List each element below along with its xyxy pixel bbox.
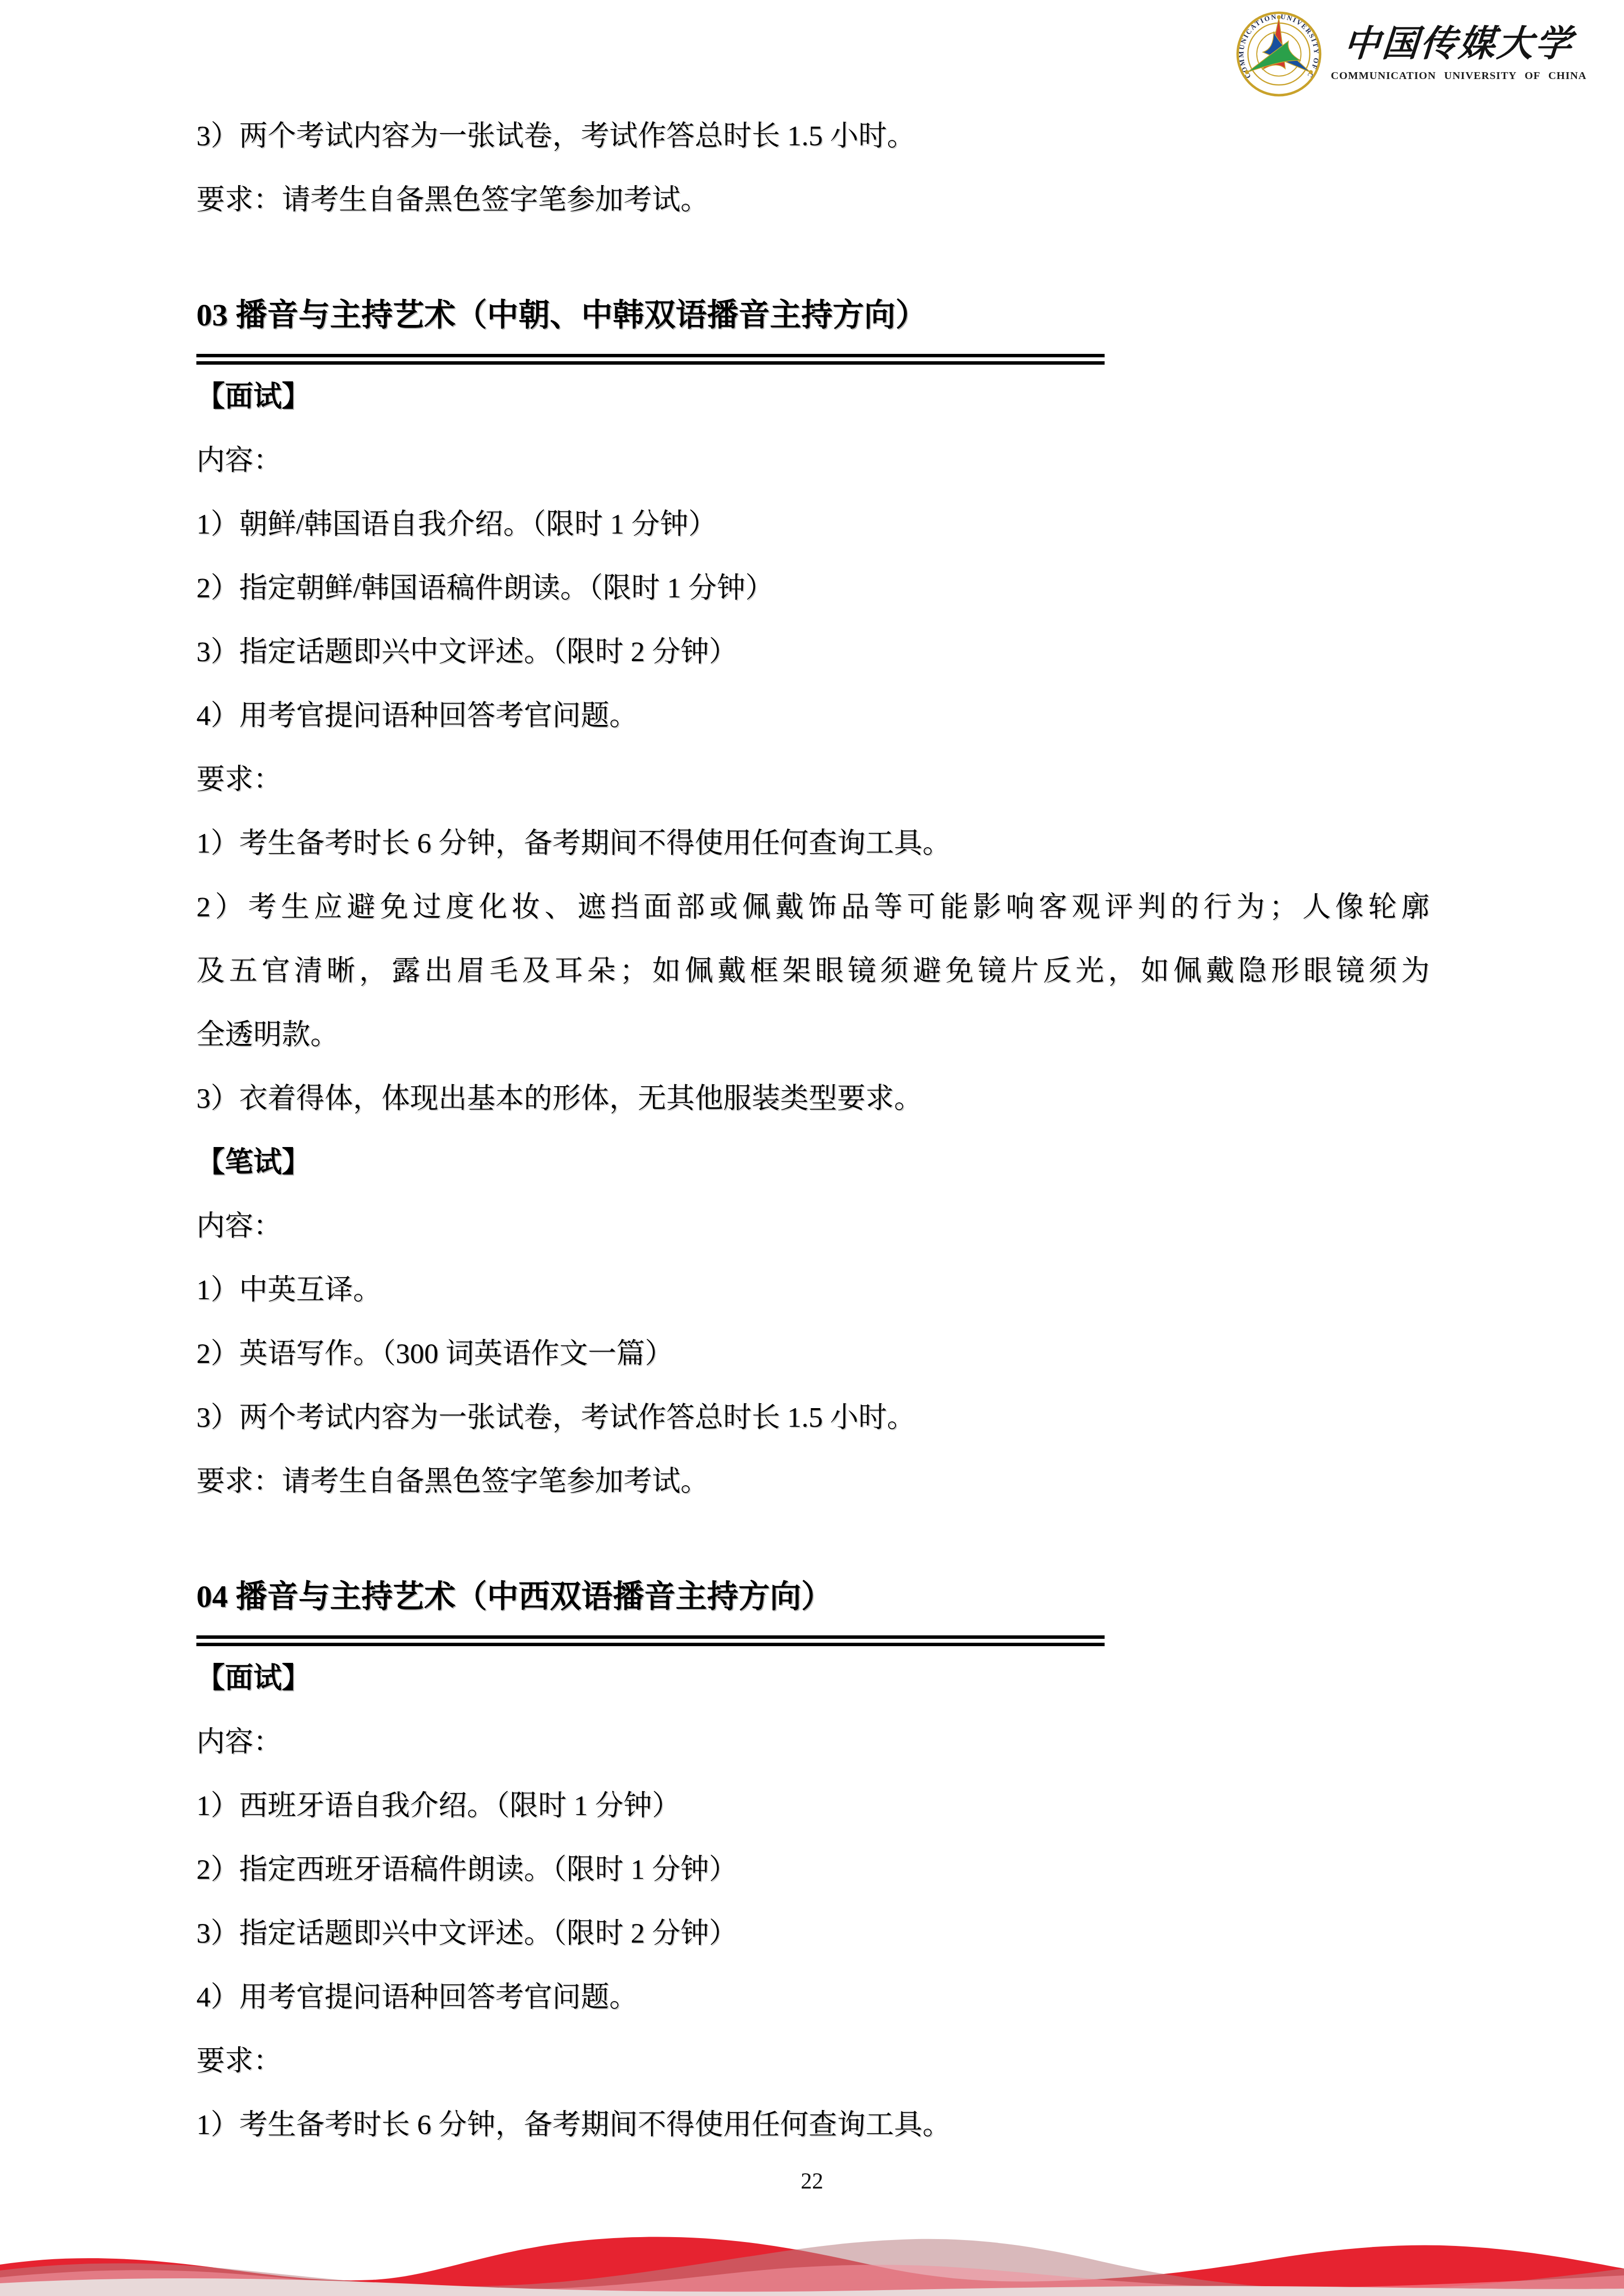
- text-line: 要求：请考生自备黑色签字笔参加考试。: [196, 168, 1430, 232]
- text-line: 【笔试】: [196, 1130, 1430, 1194]
- text-line: 2）指定朝鲜/韩国语稿件朗读。（限时 1 分钟）: [196, 556, 1430, 620]
- emblem-dot-right: [1309, 70, 1313, 74]
- text-line: 【面试】: [196, 1646, 1430, 1710]
- text-line: 要求：: [196, 2029, 1430, 2093]
- text-line: 4）用考官提问语种回答考官问题。: [196, 684, 1430, 748]
- text-line: 3）两个考试内容为一张试卷，考试作答总时长 1.5 小时。: [196, 104, 1430, 168]
- text-line: 【面试】: [196, 365, 1430, 428]
- header: COMMUNICATION UNIVERSITY OF CHINA 中国传媒大学…: [1236, 11, 1587, 97]
- section-heading: 03 播音与主持艺术（中朝、中韩双语播音主持方向）: [196, 283, 1430, 347]
- emblem-dot-left: [1245, 70, 1249, 74]
- text-line: 及五官清晰，露出眉毛及耳朵；如佩戴框架眼镜须避免镜片反光，如佩戴隐形眼镜须为: [196, 939, 1430, 1003]
- text-line: 内容：: [196, 428, 1430, 492]
- text-line: 全透明款。: [196, 1003, 1430, 1067]
- section-heading: 04 播音与主持艺术（中西双语播音主持方向）: [196, 1565, 1430, 1629]
- section-double-rule: [196, 1635, 1105, 1646]
- university-name-calligraphy: 中国传媒大学: [1343, 25, 1575, 64]
- text-line: 2）英语写作。（300 词英语作文一篇）: [196, 1322, 1430, 1386]
- text-line: 3）指定话题即兴中文评述。（限时 2 分钟）: [196, 1901, 1430, 1965]
- text-line: 2）指定西班牙语稿件朗读。（限时 1 分钟）: [196, 1838, 1430, 1901]
- text-line: 3）两个考试内容为一张试卷，考试作答总时长 1.5 小时。: [196, 1386, 1430, 1449]
- document-page: { "header": { "university_name_zh": "中国传…: [0, 0, 1624, 2296]
- text-line: 1）考生备考时长 6 分钟，备考期间不得使用任何查询工具。: [196, 2093, 1430, 2157]
- text-line: 要求：请考生自备黑色签字笔参加考试。: [196, 1449, 1430, 1513]
- text-line: 1）考生备考时长 6 分钟，备考期间不得使用任何查询工具。: [196, 811, 1430, 875]
- text-line: 4）用考官提问语种回答考官问题。: [196, 1965, 1430, 2029]
- text-line: 1）西班牙语自我介绍。（限时 1 分钟）: [196, 1774, 1430, 1838]
- university-emblem-icon: COMMUNICATION UNIVERSITY OF CHINA: [1236, 11, 1322, 97]
- text-line: 要求：: [196, 748, 1430, 811]
- text-line: 3）指定话题即兴中文评述。（限时 2 分钟）: [196, 620, 1430, 684]
- text-line: 内容：: [196, 1710, 1430, 1774]
- text-line: 2）考生应避免过度化妆、遮挡面部或佩戴饰品等可能影响客观评判的行为；人像轮廓: [196, 875, 1430, 939]
- section-double-rule: [196, 354, 1105, 365]
- logo-text: 中国传媒大学 COMMUNICATION UNIVERSITY OF CHINA: [1331, 25, 1587, 82]
- text-line: 1）中英互译。: [196, 1258, 1430, 1322]
- university-name-english: COMMUNICATION UNIVERSITY OF CHINA: [1331, 69, 1587, 82]
- text-line: 1）朝鲜/韩国语自我介绍。（限时 1 分钟）: [196, 492, 1430, 556]
- text-line: 内容：: [196, 1194, 1430, 1258]
- page-number: 22: [0, 2166, 1624, 2196]
- footer-wave-decoration: [0, 2217, 1624, 2296]
- document-body: 3）两个考试内容为一张试卷，考试作答总时长 1.5 小时。要求：请考生自备黑色签…: [196, 104, 1430, 2157]
- emblem-dot-top: [1277, 15, 1281, 19]
- text-line: 3）衣着得体，体现出基本的形体，无其他服装类型要求。: [196, 1067, 1430, 1130]
